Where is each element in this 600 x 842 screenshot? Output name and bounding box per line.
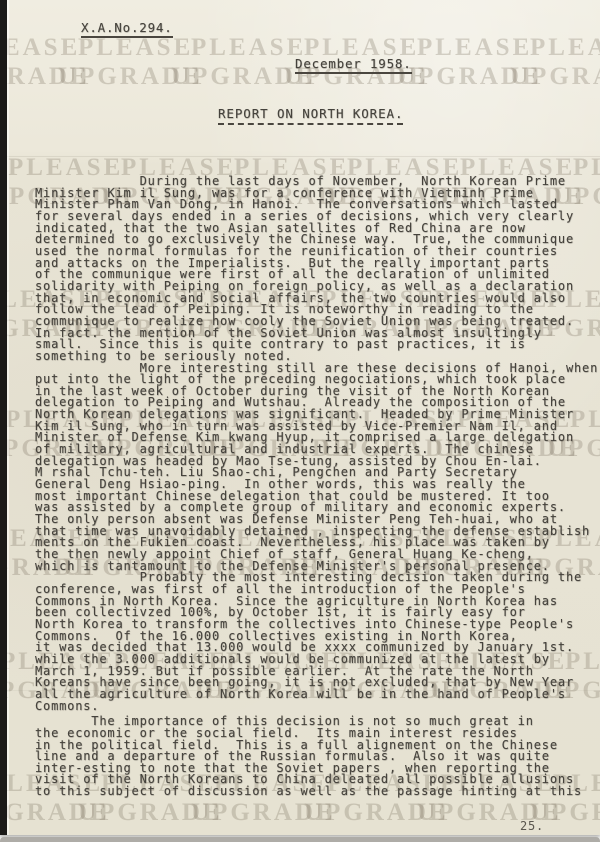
scan-edge-highlight [7,0,9,835]
paragraph: During the last days of November, North … [35,176,598,363]
watermark-word-please: PLEASE [0,34,80,62]
date-line: December 1958. [295,56,412,74]
document-page: PLEASEPLEASEPLEASEPLEASEPLEASEPLEASEUPGR… [0,0,600,835]
watermark-word-please: PLEASE [191,34,306,62]
report-body: During the last days of November, North … [35,176,598,798]
scan-bottom-edge [0,837,600,842]
watermark-word-please: PLEASE [78,34,193,62]
report-title: REPORT ON NORTH KOREA. [218,106,403,125]
text-line: all the agriculture of North Korea will … [35,689,598,701]
watermark-word-upgrade: UPGRADE [510,63,600,91]
text-line: to this subject of discussion as well as… [35,786,598,798]
page-number: 25. [520,819,544,833]
watermark-word-please: PLEASE [530,34,600,62]
text-line: Commons. [35,701,598,713]
paragraph: Probably the most interesting decision t… [35,572,598,712]
paper-crease [0,156,600,157]
reference-number: X.A.No.294. [81,20,173,38]
scan-edge-bar [0,0,7,835]
watermark-word-please: PLEASE [417,34,532,62]
scan-background: PLEASEPLEASEPLEASEPLEASEPLEASEPLEASEUPGR… [0,0,600,842]
paragraph: More interesting still are these decisio… [35,363,598,573]
paragraph: The importance of this decision is not s… [35,716,598,798]
